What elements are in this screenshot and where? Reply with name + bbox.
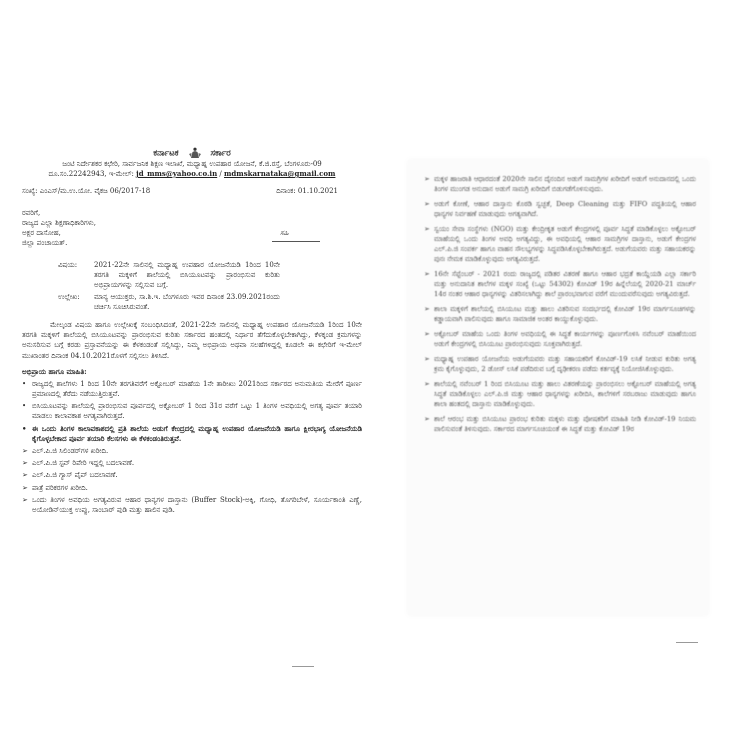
page-footer-rule [292, 666, 314, 667]
arrow-bullet-icon: ➢ [22, 495, 28, 505]
reference-text: ಮಾನ್ಯ ಆಯುಕ್ತರು, ಸಾ.ಶಿ.ಇ. ಬೆಂಗಳೂರು ಇವರ ದಿ… [94, 292, 280, 312]
arrow-bullet-icon: ➢ [424, 269, 430, 279]
arrow-bullet-icon: ➢ [22, 458, 28, 468]
contact-line: ದೂ.ಸಂ.22242943, ಇ-ಮೇಲ್: jd_mms@yahoo.co.… [22, 169, 362, 179]
list-item-text: ಒಂದು ತಿಂಗಳ ಅವಧಿಯ ಅಗತ್ಯವಿರುವ ಆಹಾರ ಧಾನ್ಯಗಳ… [32, 496, 362, 514]
signature: ಸಹಿ [280, 229, 289, 238]
reference-block: ಉಲ್ಲೇಖ: ಮಾನ್ಯ ಆಯುಕ್ತರು, ಸಾ.ಶಿ.ಇ. ಬೆಂಗಳೂರ… [58, 292, 362, 312]
list-item: ➢ಮಧ್ಯಾಹ್ನ ಉಪಹಾರ ಯೋಜನೆಯ ಅಡುಗೆಯವರು ಮತ್ತು ಸ… [424, 354, 696, 374]
email-link-1[interactable]: jd_mms@yahoo.co.in [136, 169, 217, 178]
list-item: ➢ಶಾಲೆಯಲ್ಲಿ ನವೆಂಬರ್ 1 ರಿಂದ ಬಿಸಿಯೂಟ ಮತ್ತು … [424, 379, 696, 409]
list-item: ➢ಶಾಲೆ ಆರಂಭ ಮತ್ತು ಬಿಸಿಯೂಟ ಪ್ರಾರಂಭ ಕುರಿತು … [424, 414, 696, 434]
addressee-line: ಜಿಲ್ಲಾ ಪಂಚಾಯತ್. [22, 238, 362, 248]
addressee-line: ರಾಜ್ಯದ ಎಲ್ಲಾ ಶಿಕ್ಷಣಾಧಿಕಾರಿಗಳು, [22, 218, 362, 228]
document-page-right: ➢ಮಕ್ಕಳ ಹಾಜರಾತಿ ಆಧಾರದಂತೆ 2020ನೇ ಸಾಲಿನ ದೈನ… [408, 160, 708, 615]
list-item-text: ಎಲ್.ಪಿ.ಜಿ ಸಿಲಿಂಡರ್‌ಗಳ ಖರೀದಿ. [32, 447, 108, 455]
list-item-text: ಪಾತ್ರೆ ಪರಿಕರಗಳ ಖರೀದಿ. [32, 484, 88, 492]
subject-text: 2021-22ನೇ ಸಾಲಿನಲ್ಲಿ ಮಧ್ಯಾಹ್ನ ಉಪಹಾರ ಯೋಜನೆ… [94, 260, 280, 290]
arrow-bullet-icon: ➢ [22, 483, 28, 493]
letterhead-government: ಸರ್ಕಾರ [211, 149, 231, 159]
reference-row: ಸಂಖ್ಯೆ: ಎಂಎಸ್/ಮ.ಉ.ಯೋ. ವೈಕಜ 06/2017-18 ದಿ… [22, 187, 362, 196]
list-item-text: ಸ್ವಯಂ ಸೇವಾ ಸಂಸ್ಥೆಗಳು (NGO) ಮತ್ತು ಕೇಂದ್ರೀ… [434, 225, 696, 263]
email-link-2[interactable]: mdmskarnataka@gmail.com [224, 169, 335, 178]
addressee-block: ರವರಿಗೆ, ರಾಜ್ಯದ ಎಲ್ಲಾ ಶಿಕ್ಷಣಾಧಿಕಾರಿಗಳು, ಅ… [22, 208, 362, 248]
addressee-line: ರವರಿಗೆ, [22, 208, 362, 218]
list-item-text: ಅಡುಗೆ ಕೋಣೆ, ಆಹಾರ ದಾಸ್ತಾನು ಕೊಠಡಿ ಸ್ವಚ್ಛತೆ… [434, 200, 696, 218]
bullet-icon: • [22, 379, 26, 389]
list-item-text: ಎಲ್.ಪಿ.ಜಿ ಸ್ಟವ್ ರಿಪೇರಿ ಇದ್ದಲ್ಲಿ ಬದಲಾವಣೆ. [32, 459, 134, 467]
list-item: ➢ಅಡುಗೆ ಕೋಣೆ, ಆಹಾರ ದಾಸ್ತಾನು ಕೊಠಡಿ ಸ್ವಚ್ಛತ… [424, 199, 696, 219]
arrow-bullet-icon: ➢ [22, 470, 28, 480]
state-emblem-icon [188, 147, 202, 159]
arrow-bullet-icon: ➢ [22, 446, 28, 456]
list-item: ➢ಎಲ್.ಪಿ.ಜಿ ಸ್ಟವ್ ರಿಪೇರಿ ಇದ್ದಲ್ಲಿ ಬದಲಾವಣೆ… [22, 458, 362, 468]
list-item-text: 16ನೇ ಸೆಪ್ಟೆಂಬರ್ - 2021 ರಂದು ರಾಜ್ಯದಲ್ಲಿ ಪ… [434, 270, 696, 298]
list-item-text: ಶಾಲಾ ಮಕ್ಕಳಿಗೆ ಶಾಲೆಯಲ್ಲಿ ಬಿಸಿಯೂಟ ಮತ್ತು ಹಾ… [434, 305, 696, 323]
body-paragraph: ಮೇಲ್ಕಂಡ ವಿಷಯ ಹಾಗೂ ಉಲ್ಲೇಖಕ್ಕೆ ಸಂಬಂಧಿಸಿದಂತ… [22, 320, 362, 361]
list-item: ➢ಶಾಲಾ ಮಕ್ಕಳಿಗೆ ಶಾಲೆಯಲ್ಲಿ ಬಿಸಿಯೂಟ ಮತ್ತು ಹ… [424, 304, 696, 324]
list-item: ➢ಅಕ್ಟೋಬರ್ ಮಾಹೆಯ ಒಂದು ತಿಂಗಳ ಅವಧಿಯಲ್ಲಿ ಈ ಸ… [424, 329, 696, 349]
bullet-icon: • [22, 401, 26, 411]
list-item-text: ಶಾಲೆಯಲ್ಲಿ ನವೆಂಬರ್ 1 ರಿಂದ ಬಿಸಿಯೂಟ ಮತ್ತು ಹ… [434, 380, 696, 408]
section-heading: ಅಭಿಪ್ರಾಯ ಹಾಗೂ ಮಾಹಿತಿ: [22, 367, 362, 377]
document-page-left: ಕರ್ನಾಟಕ ಸರ್ಕಾರ ಜಂಟಿ ನಿರ್ದೇಶಕರ ಕಛೇರಿ, ಸಾರ… [22, 145, 362, 615]
arrow-bullet-icon: ➢ [424, 354, 430, 364]
letter-date: ದಿನಾಂಕ: 01.10.2021 [276, 187, 338, 196]
bullet-list: ➢ಮಕ್ಕಳ ಹಾಜರಾತಿ ಆಧಾರದಂತೆ 2020ನೇ ಸಾಲಿನ ದೈನ… [408, 160, 708, 434]
arrow-bullet-icon: ➢ [424, 174, 430, 184]
list-item-text: ಅಕ್ಟೋಬರ್ ಮಾಹೆಯ ಒಂದು ತಿಂಗಳ ಅವಧಿಯಲ್ಲಿ ಈ ಸಿ… [434, 330, 696, 348]
list-item-text: ಮಕ್ಕಳ ಹಾಜರಾತಿ ಆಧಾರದಂತೆ 2020ನೇ ಸಾಲಿನ ದೈನಂ… [434, 175, 696, 193]
arrow-bullet-icon: ➢ [424, 304, 430, 314]
arrow-bullet-icon: ➢ [424, 379, 430, 389]
email-separator: / [217, 170, 224, 178]
list-item-text: ರಾಜ್ಯದಲ್ಲಿ ಶಾಲೆಗಳು 1 ರಿಂದ 10ನೇ ತರಗತಿವರೆಗ… [32, 380, 362, 398]
reference-label: ಉಲ್ಲೇಖ: [58, 292, 94, 312]
bullet-icon: • [22, 424, 26, 434]
list-item-text: ಬಿಸಿಯೂಟವನ್ನು ಶಾಲೆಯಲ್ಲಿ ಪ್ರಾರಂಭಿಸುವ ಪೂರ್ವ… [32, 402, 362, 420]
office-address: ಜಂಟಿ ನಿರ್ದೇಶಕರ ಕಛೇರಿ, ಸಾರ್ವಜನಿಕ ಶಿಕ್ಷಣ ಇ… [22, 159, 362, 169]
signature-underline [272, 241, 320, 242]
list-item: ➢ಪಾತ್ರೆ ಪರಿಕರಗಳ ಖರೀದಿ. [22, 483, 362, 493]
arrow-bullet-icon: ➢ [424, 199, 430, 209]
list-item: ➢ಎಲ್.ಪಿ.ಜಿ ಗ್ಯಾಸ್ ಪೈಪ್ ಬದಲಾವಣೆ. [22, 470, 362, 480]
list-item: •ರಾಜ್ಯದಲ್ಲಿ ಶಾಲೆಗಳು 1 ರಿಂದ 10ನೇ ತರಗತಿವರೆ… [22, 379, 362, 399]
list-item-text: ಮಧ್ಯಾಹ್ನ ಉಪಹಾರ ಯೋಜನೆಯ ಅಡುಗೆಯವರು ಮತ್ತು ಸಹ… [434, 355, 696, 373]
list-item: ➢ಮಕ್ಕಳ ಹಾಜರಾತಿ ಆಧಾರದಂತೆ 2020ನೇ ಸಾಲಿನ ದೈನ… [424, 174, 696, 194]
addressee-line: ಅಕ್ಷರ ದಾಸೋಹ, [22, 228, 362, 238]
arrow-bullet-icon: ➢ [424, 224, 430, 234]
subject-label: ವಿಷಯ: [58, 260, 94, 290]
letterhead-title: ಕರ್ನಾಟಕ ಸರ್ಕಾರ [22, 147, 362, 159]
list-item: ➢ಒಂದು ತಿಂಗಳ ಅವಧಿಯ ಅಗತ್ಯವಿರುವ ಆಹಾರ ಧಾನ್ಯಗ… [22, 495, 362, 515]
list-item-text: ಈ ಒಂದು ತಿಂಗಳ ಕಾಲಾವಕಾಶದಲ್ಲಿ ಪ್ರತಿ ಶಾಲೆಯ ಅ… [32, 424, 362, 443]
page-footer-rule [676, 642, 698, 643]
letterhead-state: ಕರ್ನಾಟಕ [153, 149, 178, 159]
list-item-text: ಶಾಲೆ ಆರಂಭ ಮತ್ತು ಬಿಸಿಯೂಟ ಪ್ರಾರಂಭ ಕುರಿತು ಮ… [434, 415, 696, 433]
arrow-bullet-icon: ➢ [424, 329, 430, 339]
reference-number: ಸಂಖ್ಯೆ: ಎಂಎಸ್/ಮ.ಉ.ಯೋ. ವೈಕಜ 06/2017-18 [22, 187, 150, 196]
list-item: •ಬಿಸಿಯೂಟವನ್ನು ಶಾಲೆಯಲ್ಲಿ ಪ್ರಾರಂಭಿಸುವ ಪೂರ್… [22, 401, 362, 421]
arrow-bullet-icon: ➢ [424, 414, 430, 424]
list-item: ➢ಎಲ್.ಪಿ.ಜಿ ಸಿಲಿಂಡರ್‌ಗಳ ಖರೀದಿ. [22, 446, 362, 456]
subject-block: ವಿಷಯ: 2021-22ನೇ ಸಾಲಿನಲ್ಲಿ ಮಧ್ಯಾಹ್ನ ಉಪಹಾರ… [58, 260, 362, 290]
bullet-list: •ರಾಜ್ಯದಲ್ಲಿ ಶಾಲೆಗಳು 1 ರಿಂದ 10ನೇ ತರಗತಿವರೆ… [22, 379, 362, 515]
phone-prefix: ದೂ.ಸಂ.22242943, ಇ-ಮೇಲ್: [49, 170, 134, 178]
list-item-text: ಎಲ್.ಪಿ.ಜಿ ಗ್ಯಾಸ್ ಪೈಪ್ ಬದಲಾವಣೆ. [32, 471, 118, 479]
list-item: ➢16ನೇ ಸೆಪ್ಟೆಂಬರ್ - 2021 ರಂದು ರಾಜ್ಯದಲ್ಲಿ … [424, 269, 696, 299]
list-item: ➢ಸ್ವಯಂ ಸೇವಾ ಸಂಸ್ಥೆಗಳು (NGO) ಮತ್ತು ಕೇಂದ್ರ… [424, 224, 696, 264]
list-item: •ಈ ಒಂದು ತಿಂಗಳ ಕಾಲಾವಕಾಶದಲ್ಲಿ ಪ್ರತಿ ಶಾಲೆಯ … [22, 424, 362, 444]
